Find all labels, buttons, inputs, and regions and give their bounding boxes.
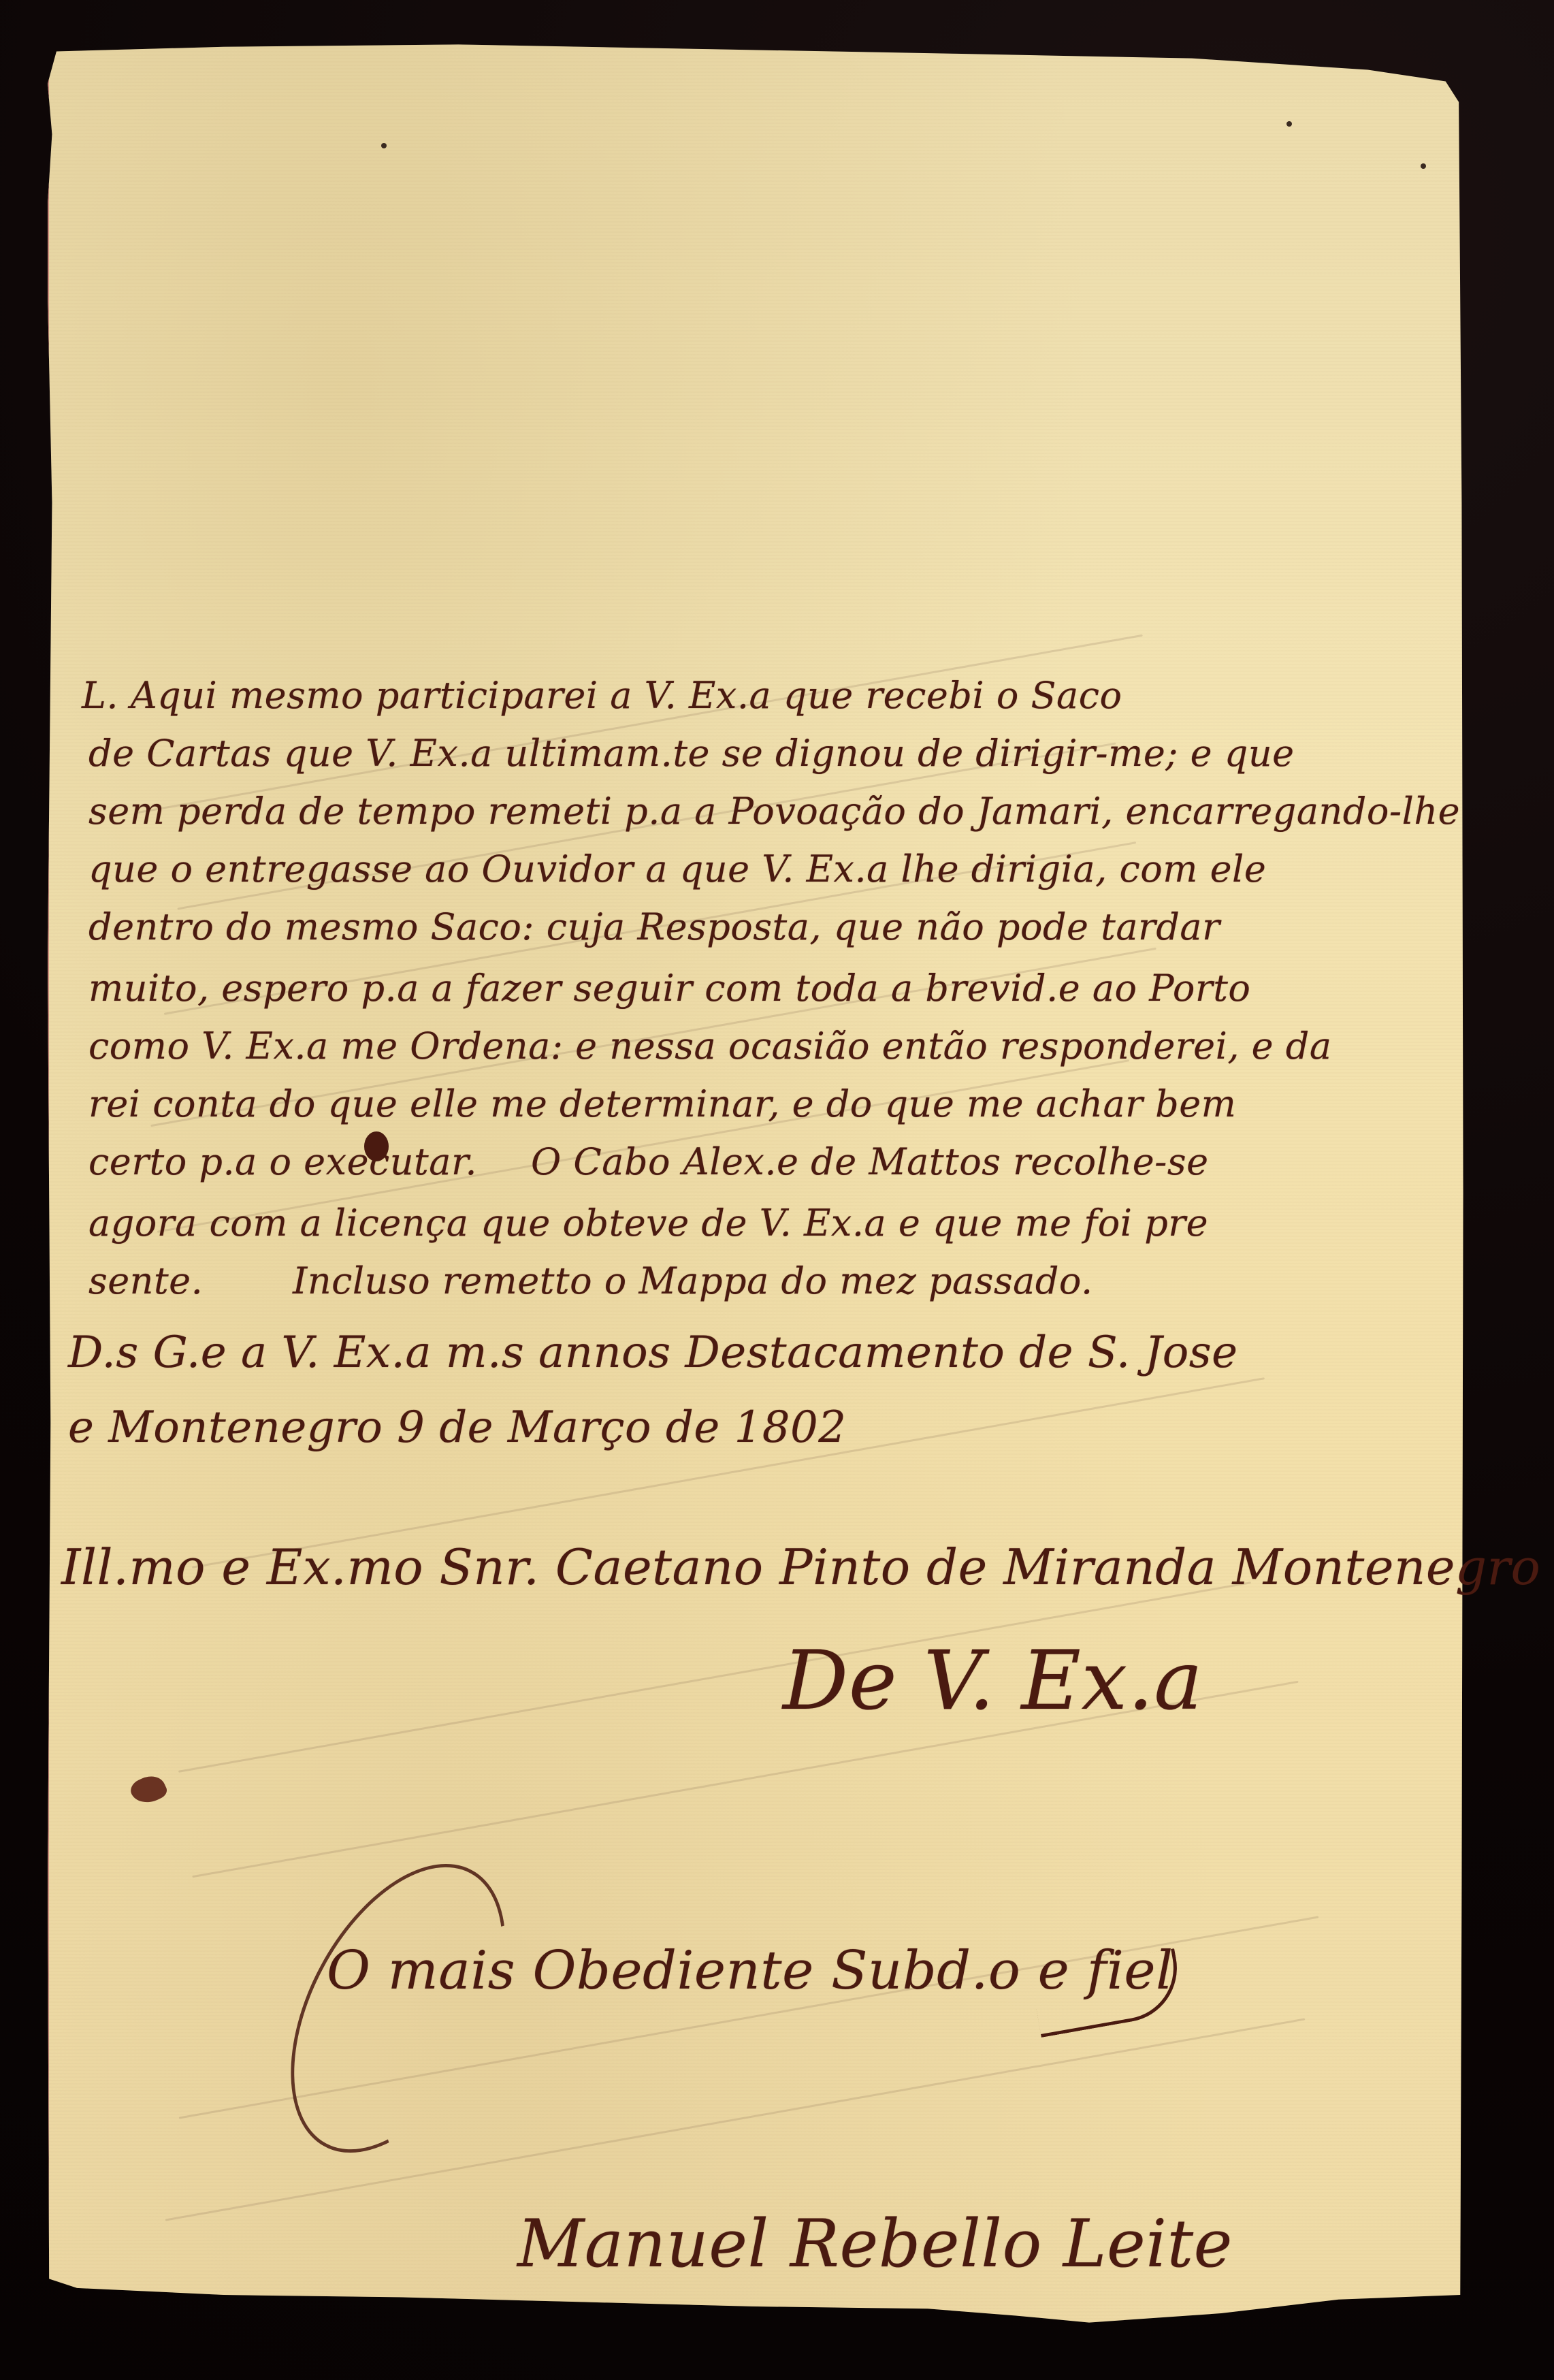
closing-line-1: D.s G.e a V. Ex.a m.s annos Destacamento…: [68, 1328, 1238, 1378]
body-line-2: de Cartas que V. Ex.a ultimam.te se dign…: [88, 732, 1295, 775]
deferential-line: De V. Ex.a: [783, 1634, 1203, 1728]
body-line-9: certo p.a o executar.: [88, 1140, 477, 1183]
body-line-8: rei conta do que elle me determinar, e d…: [88, 1082, 1236, 1125]
body-line-12: Incluso remetto o Mappa do mez passado.: [293, 1259, 1093, 1302]
body-line-7: como V. Ex.a me Ordena: e nessa ocasião …: [88, 1025, 1332, 1067]
paper-speck: [1421, 163, 1426, 169]
body-line-3: sem perda de tempo remeti p.a a Povoação…: [88, 790, 1460, 833]
paper-speck: [381, 143, 387, 148]
paper-speck: [1286, 121, 1292, 127]
body-line-11: sente.: [88, 1259, 203, 1302]
body-line-10: agora com a licença que obteve de V. Ex.…: [88, 1202, 1208, 1244]
body-line-9-continuation: O Cabo Alex.e de Mattos recolhe-se: [531, 1140, 1209, 1183]
ink-blot: [364, 1131, 389, 1161]
body-line-6: muito, espero p.a a fazer seguir com tod…: [88, 967, 1250, 1010]
signature: Manuel Rebello Leite: [517, 2206, 1233, 2282]
closing-line-date: e Montenegro 9 de Março de 1802: [68, 1402, 846, 1453]
body-line-1: L. Aqui mesmo participarei a V. Ex.a que…: [82, 674, 1122, 717]
body-line-4: que o entregasse ao Ouvidor a que V. Ex.…: [88, 848, 1266, 890]
addressee-line: Ill.mo e Ex.mo Snr. Caetano Pinto de Mir…: [61, 1539, 1540, 1596]
body-line-5: dentro do mesmo Saco: cuja Resposta, que…: [88, 905, 1220, 948]
